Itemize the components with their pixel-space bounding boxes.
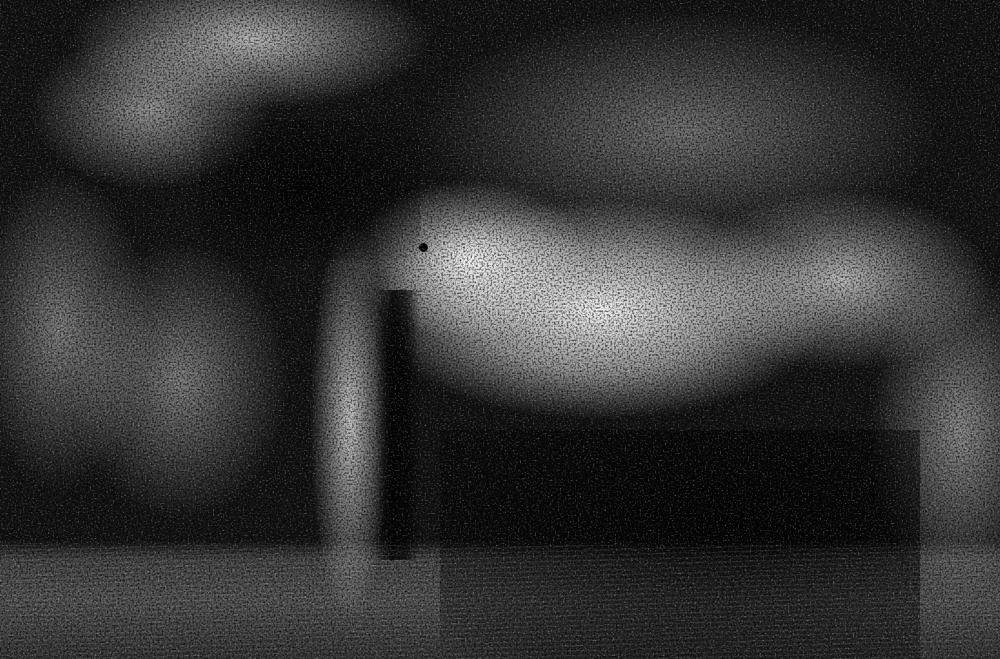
grain-texture [0, 0, 1000, 659]
charcoal-artwork: white bird perched on dark block [0, 0, 1000, 659]
